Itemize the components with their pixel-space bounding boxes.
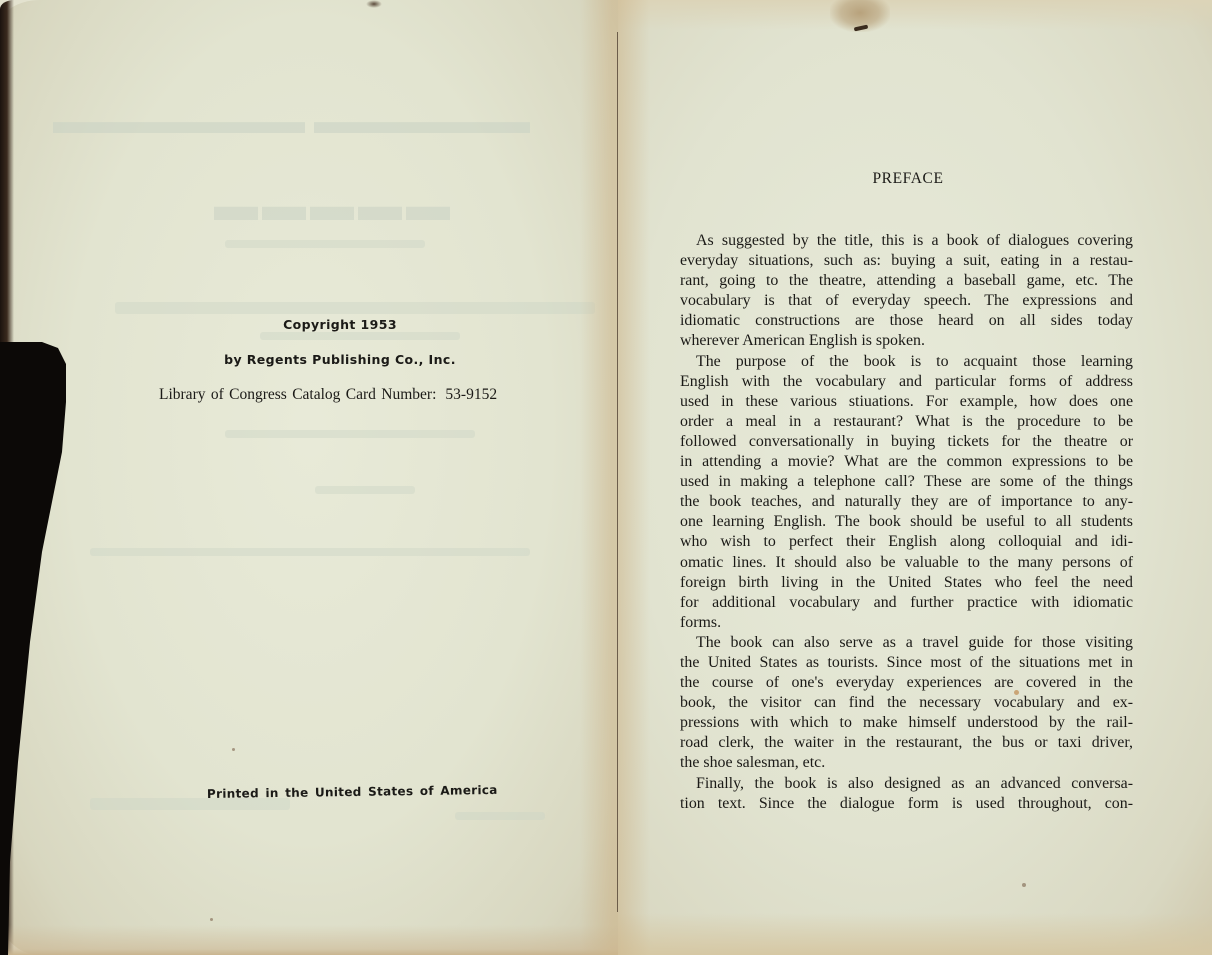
text-line: the book teaches, and naturally they are… [680, 492, 1133, 512]
text-line: The purpose of the book is to acquaint t… [680, 352, 1133, 372]
show-through-bar [315, 486, 415, 494]
paper-speck [1022, 883, 1026, 887]
text-line: the course of one's everyday experiences… [680, 673, 1133, 693]
binding-crease [617, 32, 618, 912]
text-line: everyday situations, such as: buying a s… [680, 251, 1133, 271]
text-line: used in these various stiuations. For ex… [680, 392, 1133, 412]
text-line: vocabulary is that of everyday speech. T… [680, 291, 1133, 311]
catalog-number: 53-9152 [445, 386, 497, 403]
text-line: rant, going to the theatre, attending a … [680, 271, 1133, 291]
catalog-label: Library of Congress Catalog Card Number: [159, 386, 436, 403]
copyright-page: ▬▬▬▬▬▬ ▬▬▬▬▬▬▬ ▬▬▬▬▬ [0, 0, 618, 955]
book-spread: ▬▬▬▬▬▬ ▬▬▬▬▬▬▬ ▬▬▬▬▬ Copyright 1953 by R… [0, 0, 1212, 955]
text-line: omatic lines. It should also be valuable… [680, 553, 1133, 573]
text-line: one learning English. The book should be… [680, 512, 1133, 532]
show-through-bar [90, 548, 530, 556]
text-line: book, the visitor can find the necessary… [680, 693, 1133, 713]
show-through-text: ▬▬▬▬▬▬ ▬▬▬▬▬▬▬ [150, 100, 530, 142]
text-line: tion text. Since the dialogue form is us… [680, 794, 1133, 814]
text-line: followed conversationally in buying tick… [680, 432, 1133, 452]
text-line: As suggested by the title, this is a boo… [680, 231, 1133, 251]
text-line: foreign birth living in the United State… [680, 573, 1133, 593]
page-title: PREFACE [680, 170, 1136, 188]
show-through-bar [455, 812, 545, 820]
show-through-text: ▬▬▬▬▬ [230, 180, 450, 231]
show-through-bar [115, 302, 595, 314]
text-line: the United States as tourists. Since mos… [680, 653, 1133, 673]
paper-speck [232, 748, 235, 751]
publisher-name: by Regents Publishing Co., Inc. [140, 351, 540, 368]
text-line: order a meal in a restaurant? What is th… [680, 412, 1133, 432]
copyright-notice: Copyright 1953 [140, 316, 540, 333]
text-line: forms. [680, 613, 1133, 633]
show-through-bar [225, 430, 475, 438]
text-line: idiomatic constructions are those heard … [680, 311, 1133, 331]
text-line: in attending a movie? What are the commo… [680, 452, 1133, 472]
page-tear-mark [830, 0, 890, 32]
text-line: The book can also serve as a travel guid… [680, 633, 1133, 653]
text-line: road clerk, the waiter in the restaurant… [680, 733, 1133, 753]
text-line: Finally, the book is also designed as an… [680, 774, 1133, 794]
text-line: for additional vocabulary and further pr… [680, 593, 1133, 613]
paper-speck [210, 918, 213, 921]
text-line: pressions with which to make himself und… [680, 713, 1133, 733]
page-mark [366, 0, 382, 8]
copyright-block: Copyright 1953 by Regents Publishing Co.… [140, 316, 540, 386]
text-line: wherever American English is spoken. [680, 331, 1133, 351]
text-line: the shoe salesman, etc. [680, 753, 1133, 773]
text-line: used in making a telephone call? These a… [680, 472, 1133, 492]
book-gutter [580, 0, 650, 955]
show-through-bar [225, 240, 425, 248]
text-line: who wish to perfect their English along … [680, 532, 1133, 552]
catalog-line: Library of Congress Catalog Card Number:… [159, 386, 519, 404]
text-line: English with the vocabulary and particul… [680, 372, 1133, 392]
preface-body: As suggested by the title, this is a boo… [680, 231, 1133, 814]
